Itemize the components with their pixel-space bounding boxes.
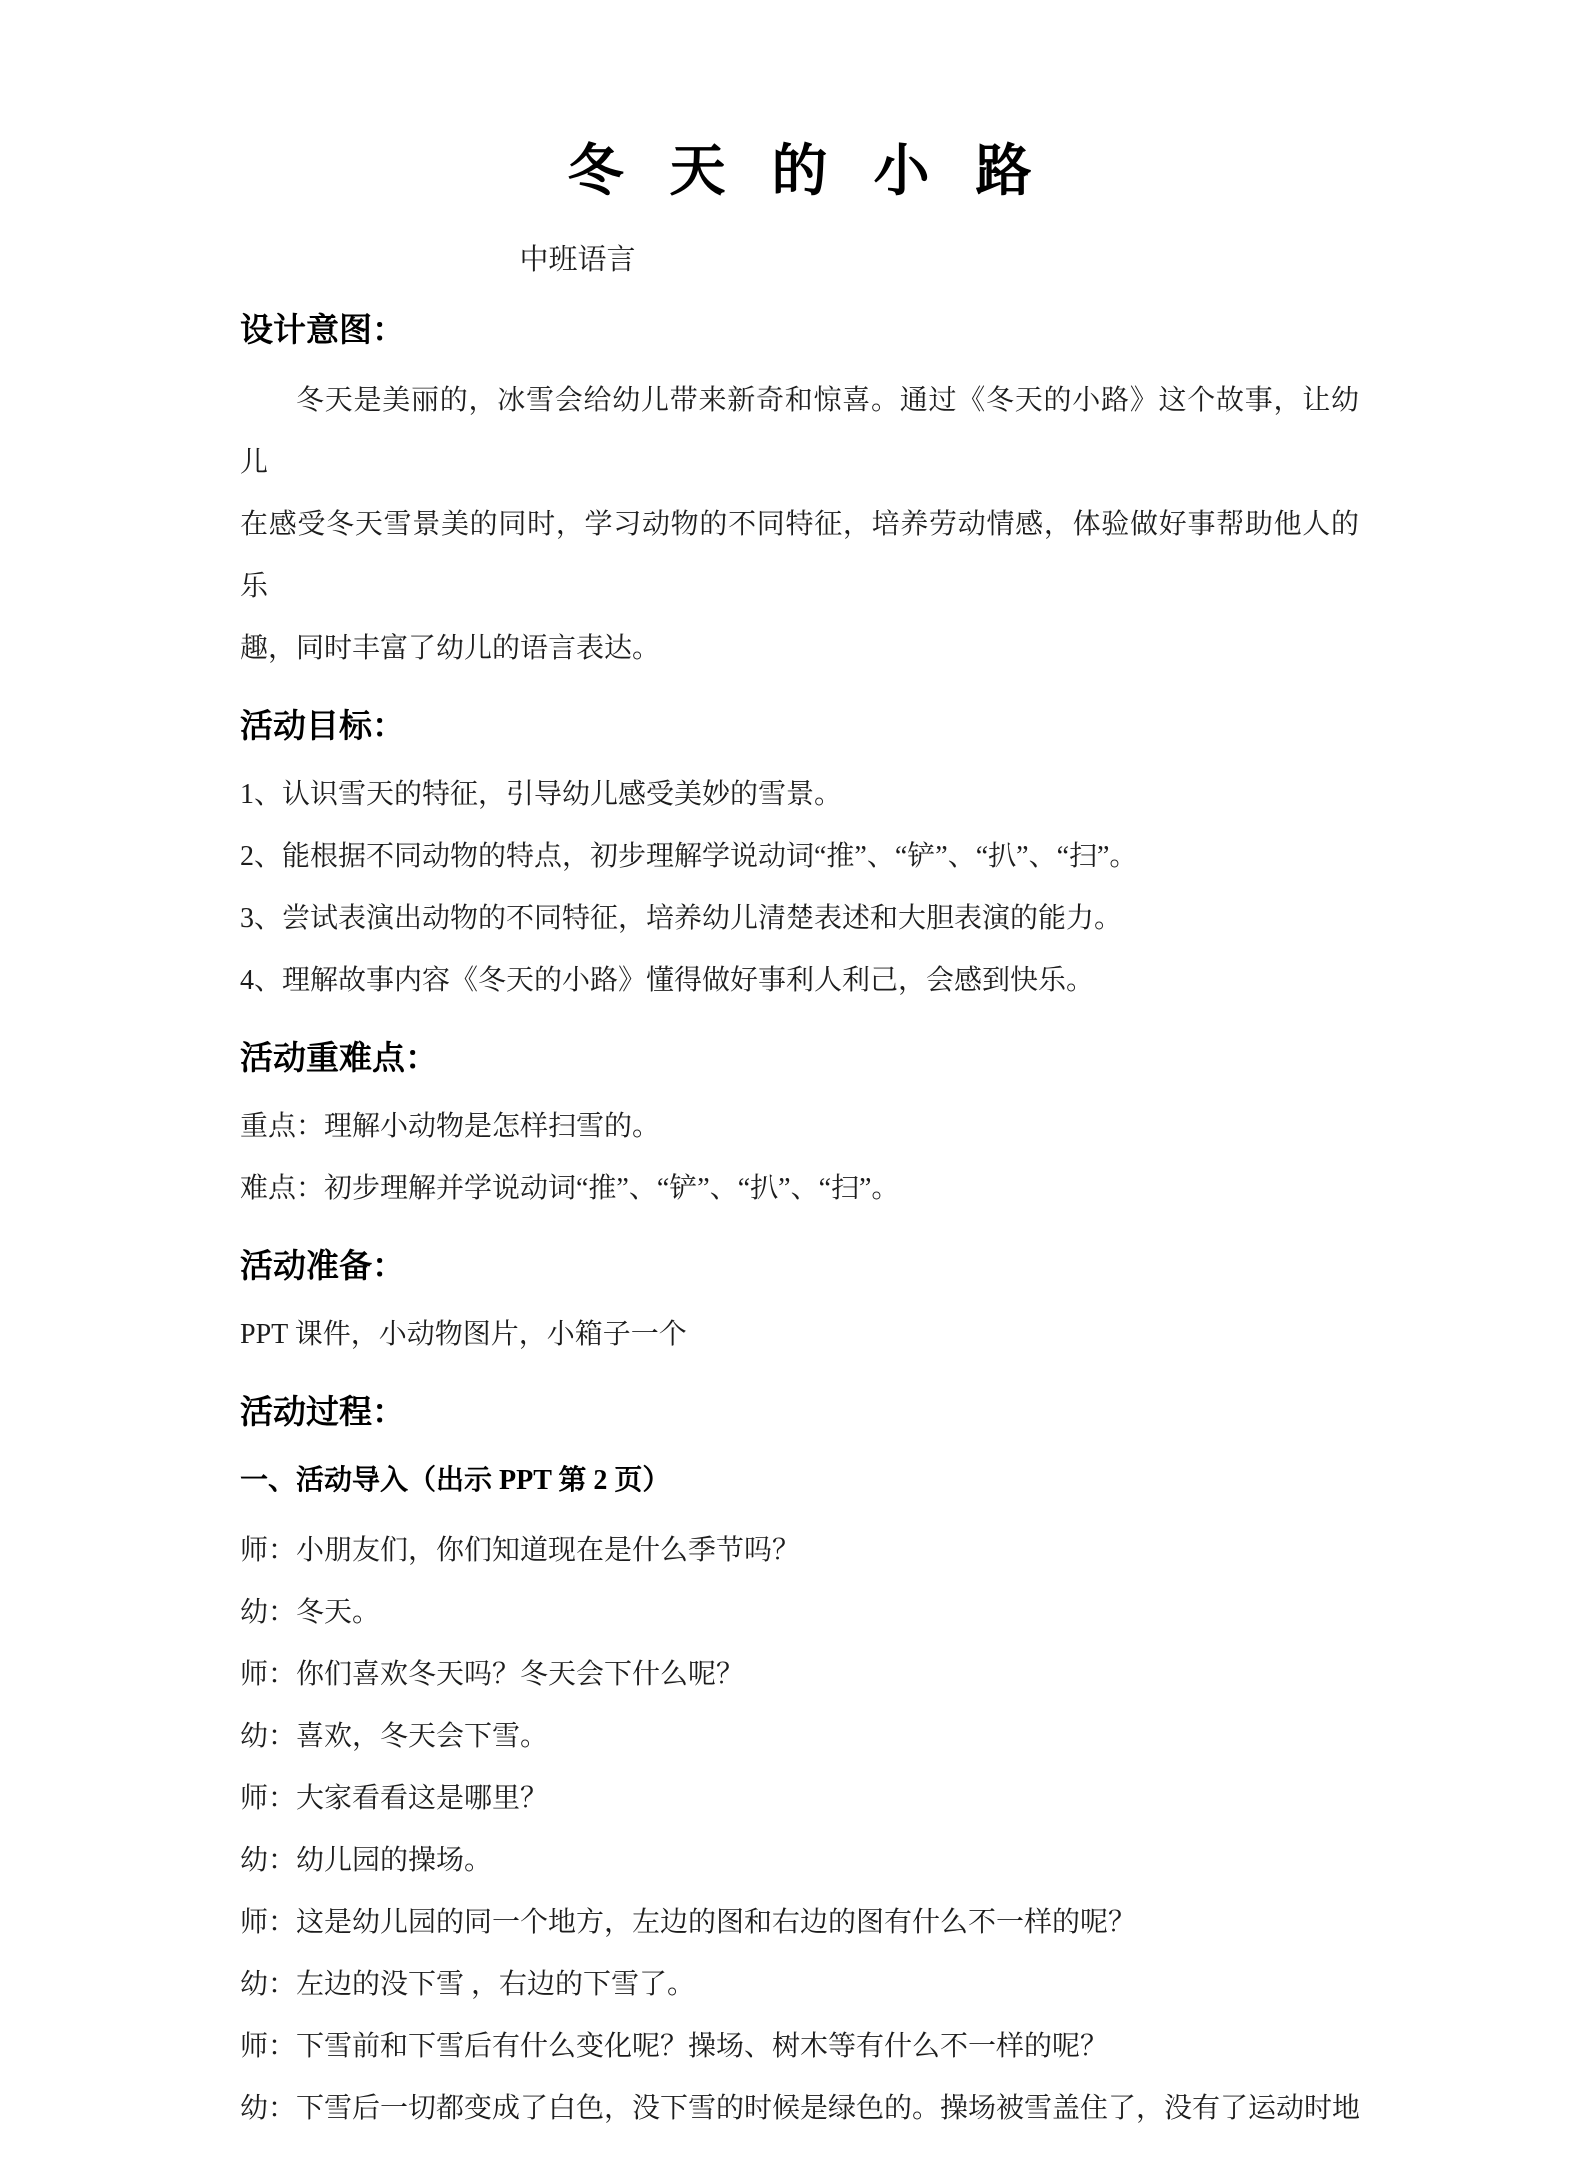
dialogue-block: 师：小朋友们，你们知道现在是什么季节吗？ 幼：冬天。 师：你们喜欢冬天吗？冬天会…	[240, 1520, 1359, 2140]
keypoint-item: 难点：初步理解并学说动词“推”、“铲”、“扒”、“扫”。	[240, 1158, 1359, 1220]
document-content: 冬天的小路 中班语言 设计意图： 冬天是美丽的，冰雪会给幼儿带来新奇和惊喜。通过…	[0, 0, 1587, 2140]
dialogue-line: 师：下雪前和下雪后有什么变化呢？操场、树木等有什么不一样的呢？	[240, 2016, 1359, 2078]
key-difficulties-list: 重点：理解小动物是怎样扫雪的。 难点：初步理解并学说动词“推”、“铲”、“扒”、…	[240, 1096, 1359, 1220]
goal-item: 3、尝试表演出动物的不同特征，培养幼儿清楚表述和大胆表演的能力。	[240, 888, 1359, 950]
goal-item: 4、理解故事内容《冬天的小路》懂得做好事利人利己，会感到快乐。	[240, 950, 1359, 1012]
dialogue-line: 幼：喜欢，冬天会下雪。	[240, 1706, 1359, 1768]
design-intent-paragraph: 冬天是美丽的，冰雪会给幼儿带来新奇和惊喜。通过《冬天的小路》这个故事，让幼儿 在…	[240, 370, 1359, 680]
section-heading-design-intent: 设计意图：	[240, 310, 1359, 352]
preparation-text: PPT 课件，小动物图片，小箱子一个	[240, 1304, 1359, 1366]
section-heading-goals: 活动目标：	[240, 706, 1359, 748]
page-title: 冬天的小路	[263, 140, 1382, 204]
goal-item: 1、认识雪天的特征，引导幼儿感受美妙的雪景。	[240, 764, 1359, 826]
dialogue-line: 幼：冬天。	[240, 1582, 1359, 1644]
dialogue-line: 师：这是幼儿园的同一个地方，左边的图和右边的图有什么不一样的呢？	[240, 1892, 1359, 1954]
dialogue-line: 师：大家看看这是哪里？	[240, 1768, 1359, 1830]
dialogue-line: 师：小朋友们，你们知道现在是什么季节吗？	[240, 1520, 1359, 1582]
preparation-block: PPT 课件，小动物图片，小箱子一个	[240, 1304, 1359, 1366]
paragraph-line: 在感受冬天雪景美的同时，学习动物的不同特征，培养劳动情感，体验做好事帮助他人的乐	[240, 494, 1359, 618]
section-heading-key-difficulties: 活动重难点：	[240, 1038, 1359, 1080]
process-step-heading: 一、活动导入（出示 PPT 第 2 页）	[240, 1450, 1359, 1512]
dialogue-line: 幼：幼儿园的操场。	[240, 1830, 1359, 1892]
goal-item: 2、能根据不同动物的特点，初步理解学说动词“推”、“铲”、“扒”、“扫”。	[240, 826, 1359, 888]
paragraph-line: 趣，同时丰富了幼儿的语言表达。	[240, 618, 1359, 680]
dialogue-line: 幼：下雪后一切都变成了白色，没下雪的时候是绿色的。操场被雪盖住了，没有了运动时地	[240, 2078, 1359, 2140]
goals-list: 1、认识雪天的特征，引导幼儿感受美妙的雪景。 2、能根据不同动物的特点，初步理解…	[240, 764, 1359, 1012]
keypoint-item: 重点：理解小动物是怎样扫雪的。	[240, 1096, 1359, 1158]
dialogue-line: 师：你们喜欢冬天吗？冬天会下什么呢？	[240, 1644, 1359, 1706]
paragraph-line: 冬天是美丽的，冰雪会给幼儿带来新奇和惊喜。通过《冬天的小路》这个故事，让幼儿	[240, 370, 1359, 494]
section-heading-preparation: 活动准备：	[240, 1246, 1359, 1288]
section-heading-process: 活动过程：	[240, 1392, 1359, 1434]
dialogue-line: 幼：左边的没下雪 ，右边的下雪了。	[240, 1954, 1359, 2016]
document-page: 冬天的小路 中班语言 设计意图： 冬天是美丽的，冰雪会给幼儿带来新奇和惊喜。通过…	[0, 0, 1587, 2158]
page-subtitle: 中班语言	[18, 240, 1137, 280]
